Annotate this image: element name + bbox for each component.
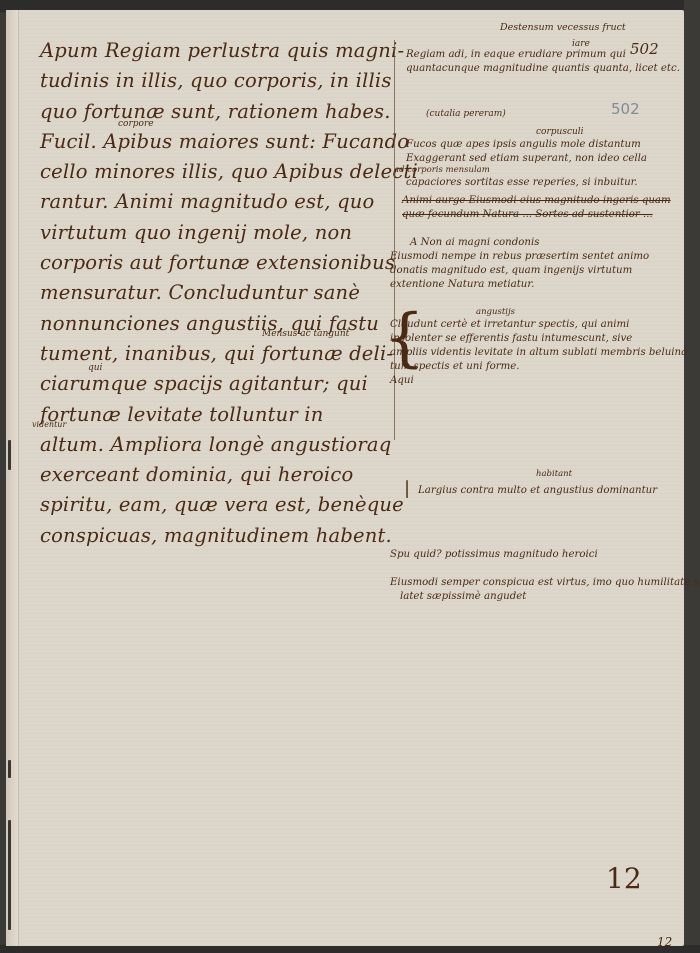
folio-number-pencil: 502 xyxy=(611,100,640,118)
page-number: 12 xyxy=(606,862,642,895)
page-number-small: 12 xyxy=(657,935,672,949)
margin-note-line: capaciores sortitas esse reperies, si in… xyxy=(406,176,638,189)
margin-note-line: quantacunque magnitudine quantis quanta,… xyxy=(406,62,680,75)
scan-bottom-border xyxy=(0,945,700,953)
margin-note-line: Spu quid? potissimus magnitudo heroici xyxy=(390,548,598,561)
main-line: quo fortunæ sunt, rationem habes. xyxy=(40,97,390,127)
main-line: corporis aut fortunæ extensionibus xyxy=(40,248,390,278)
main-line: mensuratur. Concluduntur sanè xyxy=(40,278,390,308)
main-line: Apum Regiam perlustra quis magni- xyxy=(40,36,390,66)
main-line: fortunæ levitate tolluntur in xyxy=(40,400,390,430)
interlinear-insert: corpore xyxy=(118,118,154,131)
scan-right-border xyxy=(684,0,700,953)
main-line: cello minores illis, quo Apibus delecti xyxy=(40,157,390,187)
note-insert: habitant xyxy=(536,468,572,481)
margin-note-line: latet sæpissimè angudet xyxy=(400,590,526,603)
folio-number-ink: 502 xyxy=(630,40,659,58)
main-line: tudinis in illis, quo corporis, in illis xyxy=(40,66,390,96)
margin-note-line: Eiusmodi semper conspicua est virtus, im… xyxy=(390,576,700,589)
binding-stitch xyxy=(8,760,11,778)
margin-note-line: Claudunt certè et irretantur spectis, qu… xyxy=(390,318,629,331)
margin-note-line: Eiusmodi nempe in rebus præsertim sentet… xyxy=(390,250,649,263)
margin-note-line: Regiam adi, in eaque erudiare primum qui xyxy=(406,48,626,61)
main-line: conspicuas, magnitudinem habent. xyxy=(40,521,390,551)
main-line: altum. Ampliora longè angustioraq xyxy=(40,430,390,460)
bar-mark: | xyxy=(404,482,410,495)
margin-insert: videntur xyxy=(32,418,66,431)
margin-note-line: Largius contra multo et angustius domina… xyxy=(418,484,657,497)
margin-note-line: (cutalia pereram) xyxy=(426,108,506,121)
main-line: Fucil. Apibus maiores sunt: Fucando xyxy=(40,127,390,157)
interlinear-insert: qui xyxy=(88,362,102,375)
main-line: rantur. Animi magnitudo est, quo xyxy=(40,187,390,217)
margin-note-line: tum spectis et uni forme. xyxy=(390,360,520,373)
binding-stitch xyxy=(8,820,11,930)
struck-note-line: quæ fecundum Natura ... Sortes ad susten… xyxy=(402,208,653,221)
binding-stitch xyxy=(8,440,11,470)
margin-note-line: extentione Natura metiatur. xyxy=(390,278,534,291)
struck-note-line: Animi aurge Eiusmodi eius magnitudo inge… xyxy=(402,194,671,207)
interlinear-insert: Mensus ac tangunt xyxy=(262,328,349,341)
header-note: Destensum vecessus fruct xyxy=(500,22,626,33)
margin-note-line: A Non ai magni condonis xyxy=(410,236,539,249)
main-text-block: Apum Regiam perlustra quis magni- tudini… xyxy=(40,36,390,551)
margin-note-line: Fucos quæ apes ipsis angulis mole distan… xyxy=(406,138,641,151)
margin-note-line: insolenter se efferentis fastu intumescu… xyxy=(390,332,632,345)
margin-note-line: donatis magnitudo est, quam ingenijs vir… xyxy=(390,264,632,277)
main-line: spiritu, eam, quæ vera est, benèque xyxy=(40,490,390,520)
main-line: exerceant dominia, qui heroico xyxy=(40,460,390,490)
binding-edge xyxy=(6,10,19,946)
main-line: virtutum quo ingenij mole, non xyxy=(40,218,390,248)
margin-note-line: ampliis videntis levitate in altum subla… xyxy=(390,346,687,359)
manuscript-page: Destensum vecessus fruct 502 502 Apum Re… xyxy=(6,10,684,946)
margin-note-line: Aqui xyxy=(390,374,414,387)
